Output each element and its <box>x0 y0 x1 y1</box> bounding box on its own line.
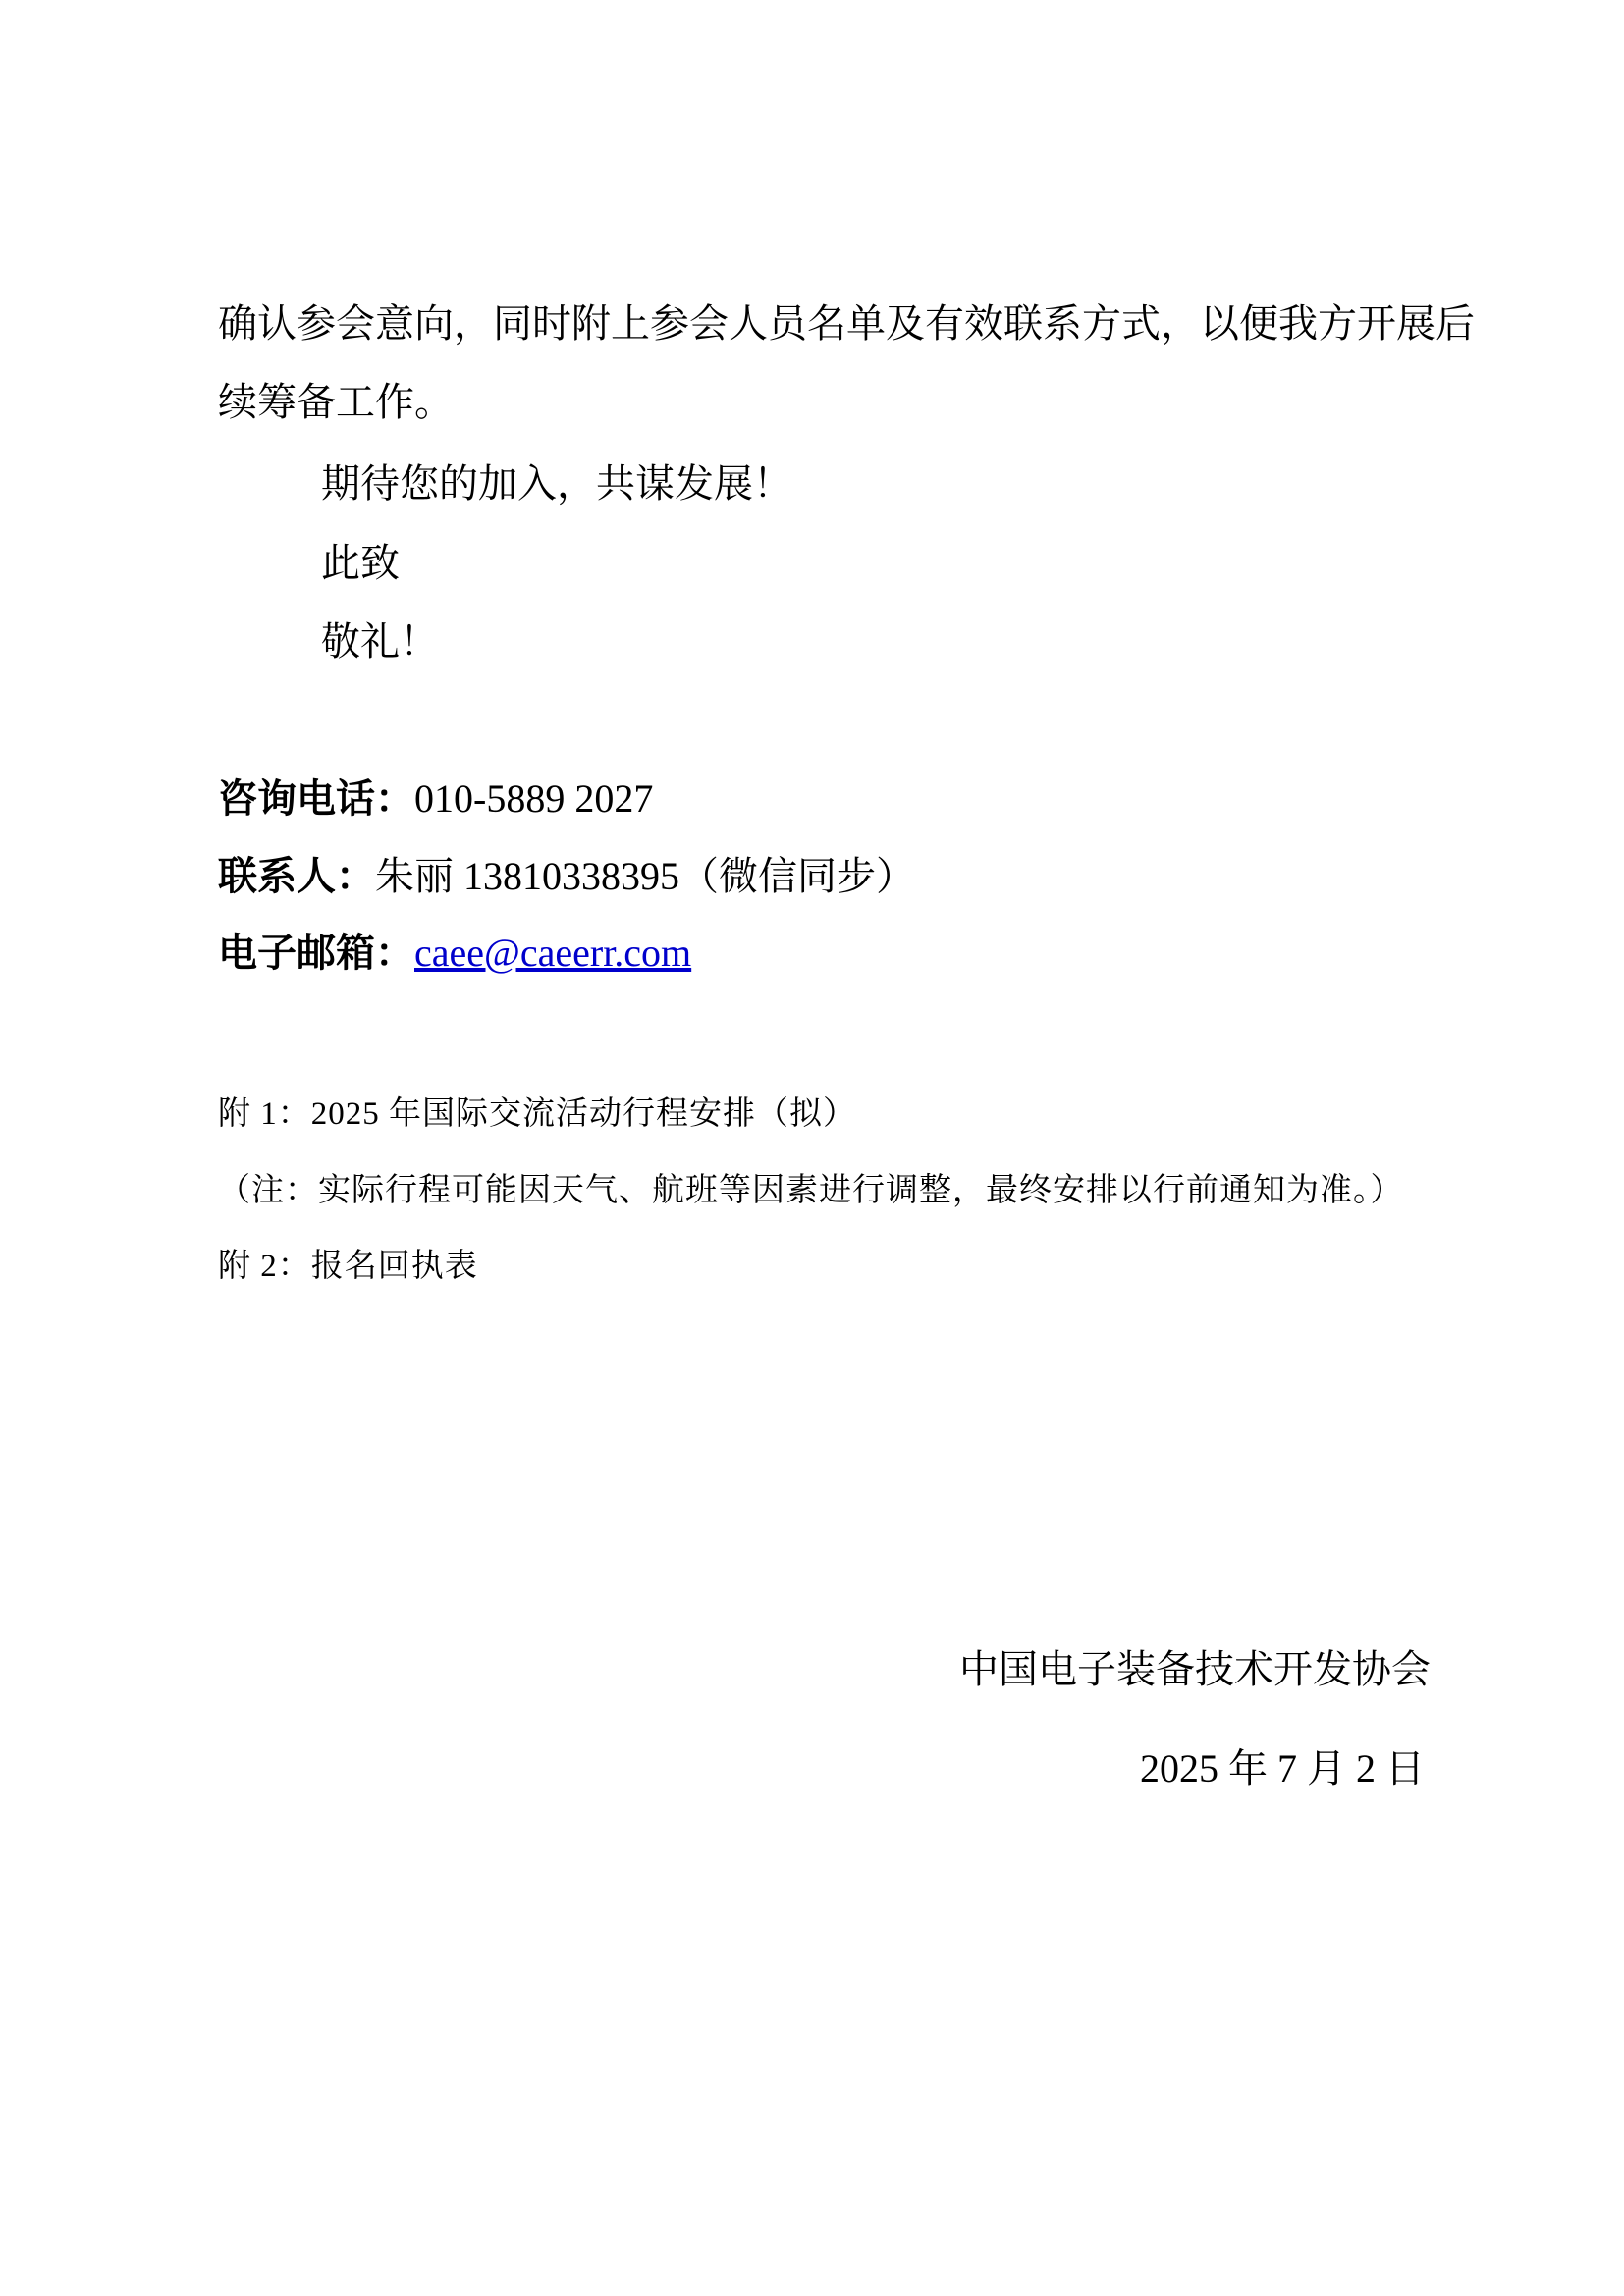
attachment-line-2: 附 2：报名回执表 <box>218 1251 478 1283</box>
contact-row-phone: 咨询电话：010-5889 2027 <box>218 779 653 819</box>
attachment-note: （注：实际行程可能因天气、航班等因素进行调整，最终安排以行前通知为准。） <box>218 1175 1404 1207</box>
contact-label-email: 电子邮箱： <box>218 931 414 975</box>
document-page: 确认参会意向，同时附上参会人员名单及有效联系方式，以便我方开展后 续筹备工作。 … <box>0 0 1624 2296</box>
contact-value-phone: 010-5889 2027 <box>414 776 653 821</box>
email-link[interactable]: caee@caeerr.com <box>414 931 691 975</box>
contact-label-person: 联系人： <box>218 854 375 898</box>
contact-label-phone: 咨询电话： <box>218 776 414 821</box>
contact-row-email: 电子邮箱：caee@caeerr.com <box>218 934 691 973</box>
signature-date: 2025 年 7 月 2 日 <box>1140 1749 1425 1789</box>
paragraph-line-1: 确认参会意向，同时附上参会人员名单及有效联系方式，以便我方开展后 <box>218 304 1475 344</box>
closing-line-jingli: 敬礼！ <box>321 622 439 662</box>
attachment-line-1: 附 1：2025 年国际交流活动行程安排（拟） <box>218 1098 856 1131</box>
closing-line-expectation: 期待您的加入，共谋发展！ <box>321 464 792 504</box>
paragraph-line-2: 续筹备工作。 <box>218 383 454 422</box>
closing-line-cizhi: 此致 <box>321 544 400 583</box>
signature-organization: 中国电子装备技术开发协会 <box>959 1650 1431 1689</box>
contact-row-person: 联系人：朱丽 13810338395（微信同步） <box>218 857 915 896</box>
contact-value-person: 朱丽 13810338395（微信同步） <box>375 854 915 898</box>
